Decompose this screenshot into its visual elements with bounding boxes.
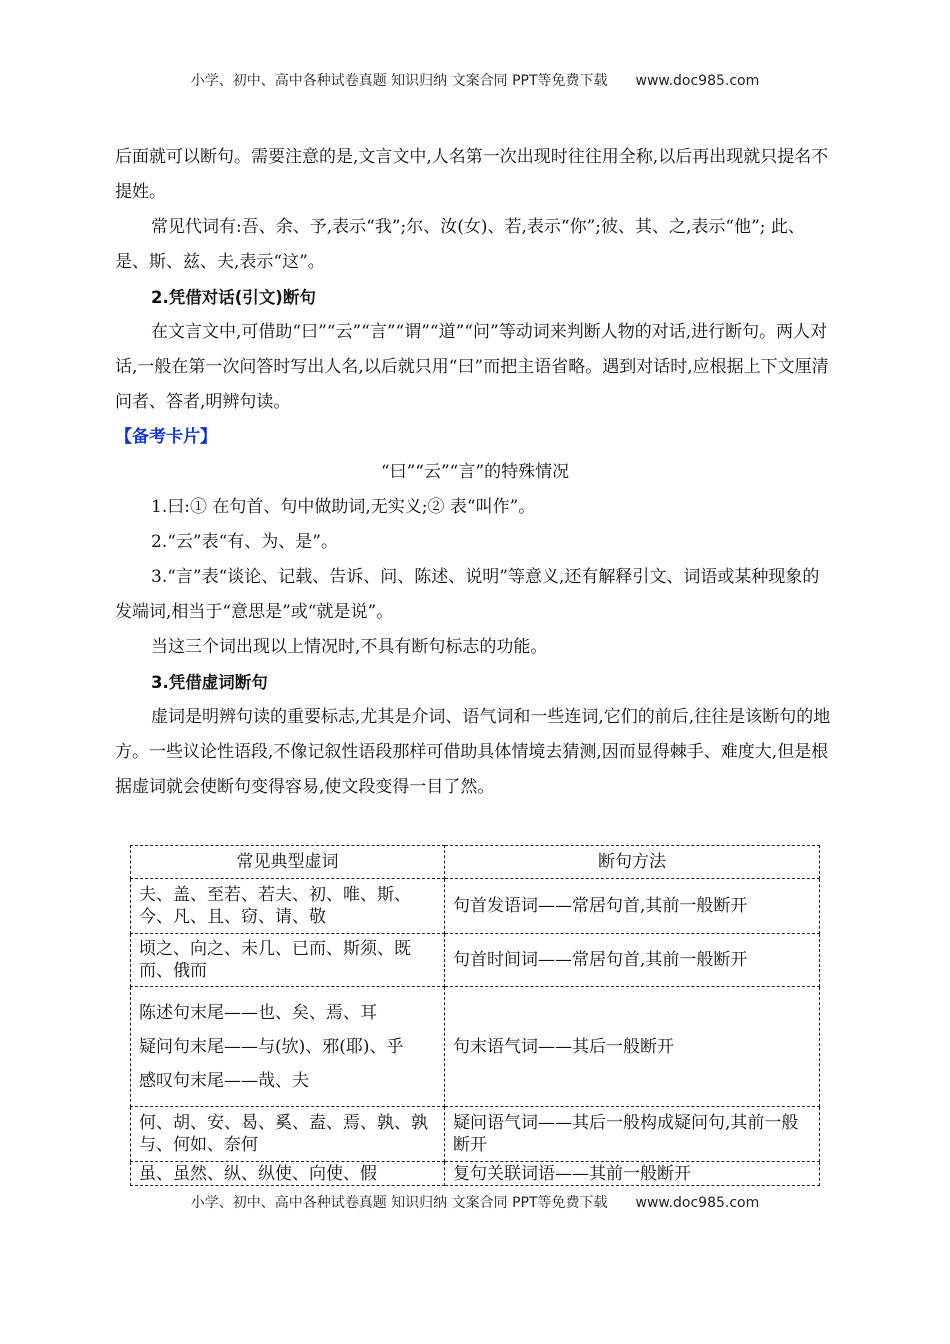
page-footer: 小学、初中、高中各种试卷真题 知识归纳 文案合同 PPT等免费下载www.doc… (0, 1192, 950, 1212)
cell-method: 复句关联词语——其前一般断开 (445, 1162, 820, 1186)
cell-words: 陈述句末尾——也、矣、焉、耳 疑问句末尾——与(欤)、邪(耶)、乎 感叹句末尾—… (131, 987, 445, 1107)
card-item-3: 3.“言”表“谈论、记载、告诉、问、陈述、说明”等意义,还有解释引文、词语或某种… (115, 560, 835, 630)
document-body: 后面就可以断句。需要注意的是,文言文中,人名第一次出现时往往用全称,以后再出现就… (115, 140, 835, 805)
table-header-row: 常见典型虚词 断句方法 (131, 846, 820, 879)
cell-method: 疑问语气词——其后一般构成疑问句,其前一般断开 (445, 1107, 820, 1162)
cell-words: 何、胡、安、曷、奚、盍、焉、孰、孰与、何如、奈何 (131, 1107, 445, 1162)
sentence-end-declarative: 陈述句末尾——也、矣、焉、耳 (139, 1002, 436, 1024)
cell-method: 句首发语词——常居句首,其前一般断开 (445, 879, 820, 934)
cell-words: 虽、虽然、纵、纵使、向使、假 (131, 1162, 445, 1186)
card-note: 当这三个词出现以上情况时,不具有断句标志的功能。 (115, 630, 835, 665)
paragraph-pronouns: 常见代词有:吾、余、予,表示“我”;尔、汝(女)、若,表示“你”;彼、其、之,表… (115, 210, 835, 280)
header-text: 小学、初中、高中各种试卷真题 知识归纳 文案合同 PPT等免费下载 (191, 73, 608, 89)
section-heading-3: 3.凭借虚词断句 (115, 665, 835, 700)
paragraph-dialogue: 在文言文中,可借助“曰”“云”“言”“谓”“道”“问”等动词来判断人物的对话,进… (115, 315, 835, 420)
table-row: 顷之、向之、未几、已而、斯须、既而、俄而 句首时间词——常居句首,其前一般断开 (131, 934, 820, 987)
table-row: 陈述句末尾——也、矣、焉、耳 疑问句末尾——与(欤)、邪(耶)、乎 感叹句末尾—… (131, 987, 820, 1107)
function-words-table: 常见典型虚词 断句方法 夫、盖、至若、若夫、初、唯、斯、今、凡、且、窃、请、敬 … (130, 845, 820, 1186)
cell-method: 句首时间词——常居句首,其前一般断开 (445, 934, 820, 987)
sentence-end-interrogative: 疑问句末尾——与(欤)、邪(耶)、乎 (139, 1036, 436, 1058)
column-header-words: 常见典型虚词 (131, 846, 445, 879)
sentence-end-exclamatory: 感叹句末尾——哉、夫 (139, 1070, 436, 1092)
paragraph-function-words: 虚词是明辨句读的重要标志,尤其是介词、语气词和一些连词,它们的前后,往往是该断句… (115, 700, 835, 805)
table-row: 虽、虽然、纵、纵使、向使、假 复句关联词语——其前一般断开 (131, 1162, 820, 1186)
table-row: 何、胡、安、曷、奚、盍、焉、孰、孰与、何如、奈何 疑问语气词——其后一般构成疑问… (131, 1107, 820, 1162)
card-item-1: 1.曰:① 在句首、句中做助词,无实义;② 表“叫作”。 (115, 490, 835, 525)
footer-url[interactable]: www.doc985.com (636, 1195, 760, 1211)
header-url[interactable]: www.doc985.com (636, 73, 760, 89)
card-item-2: 2.“云”表“有、为、是”。 (115, 525, 835, 560)
cell-words: 夫、盖、至若、若夫、初、唯、斯、今、凡、且、窃、请、敬 (131, 879, 445, 934)
cell-method: 句末语气词——其后一般断开 (445, 987, 820, 1107)
footer-text: 小学、初中、高中各种试卷真题 知识归纳 文案合同 PPT等免费下载 (191, 1195, 608, 1211)
card-title: “曰”“云”“言”的特殊情况 (115, 455, 835, 490)
paragraph-1: 后面就可以断句。需要注意的是,文言文中,人名第一次出现时往往用全称,以后再出现就… (115, 140, 835, 210)
section-heading-2: 2.凭借对话(引文)断句 (115, 280, 835, 315)
card-label: 【备考卡片】 (115, 420, 835, 455)
page-header: 小学、初中、高中各种试卷真题 知识归纳 文案合同 PPT等免费下载www.doc… (0, 70, 950, 90)
column-header-method: 断句方法 (445, 846, 820, 879)
cell-words: 顷之、向之、未几、已而、斯须、既而、俄而 (131, 934, 445, 987)
table-row: 夫、盖、至若、若夫、初、唯、斯、今、凡、且、窃、请、敬 句首发语词——常居句首,… (131, 879, 820, 934)
